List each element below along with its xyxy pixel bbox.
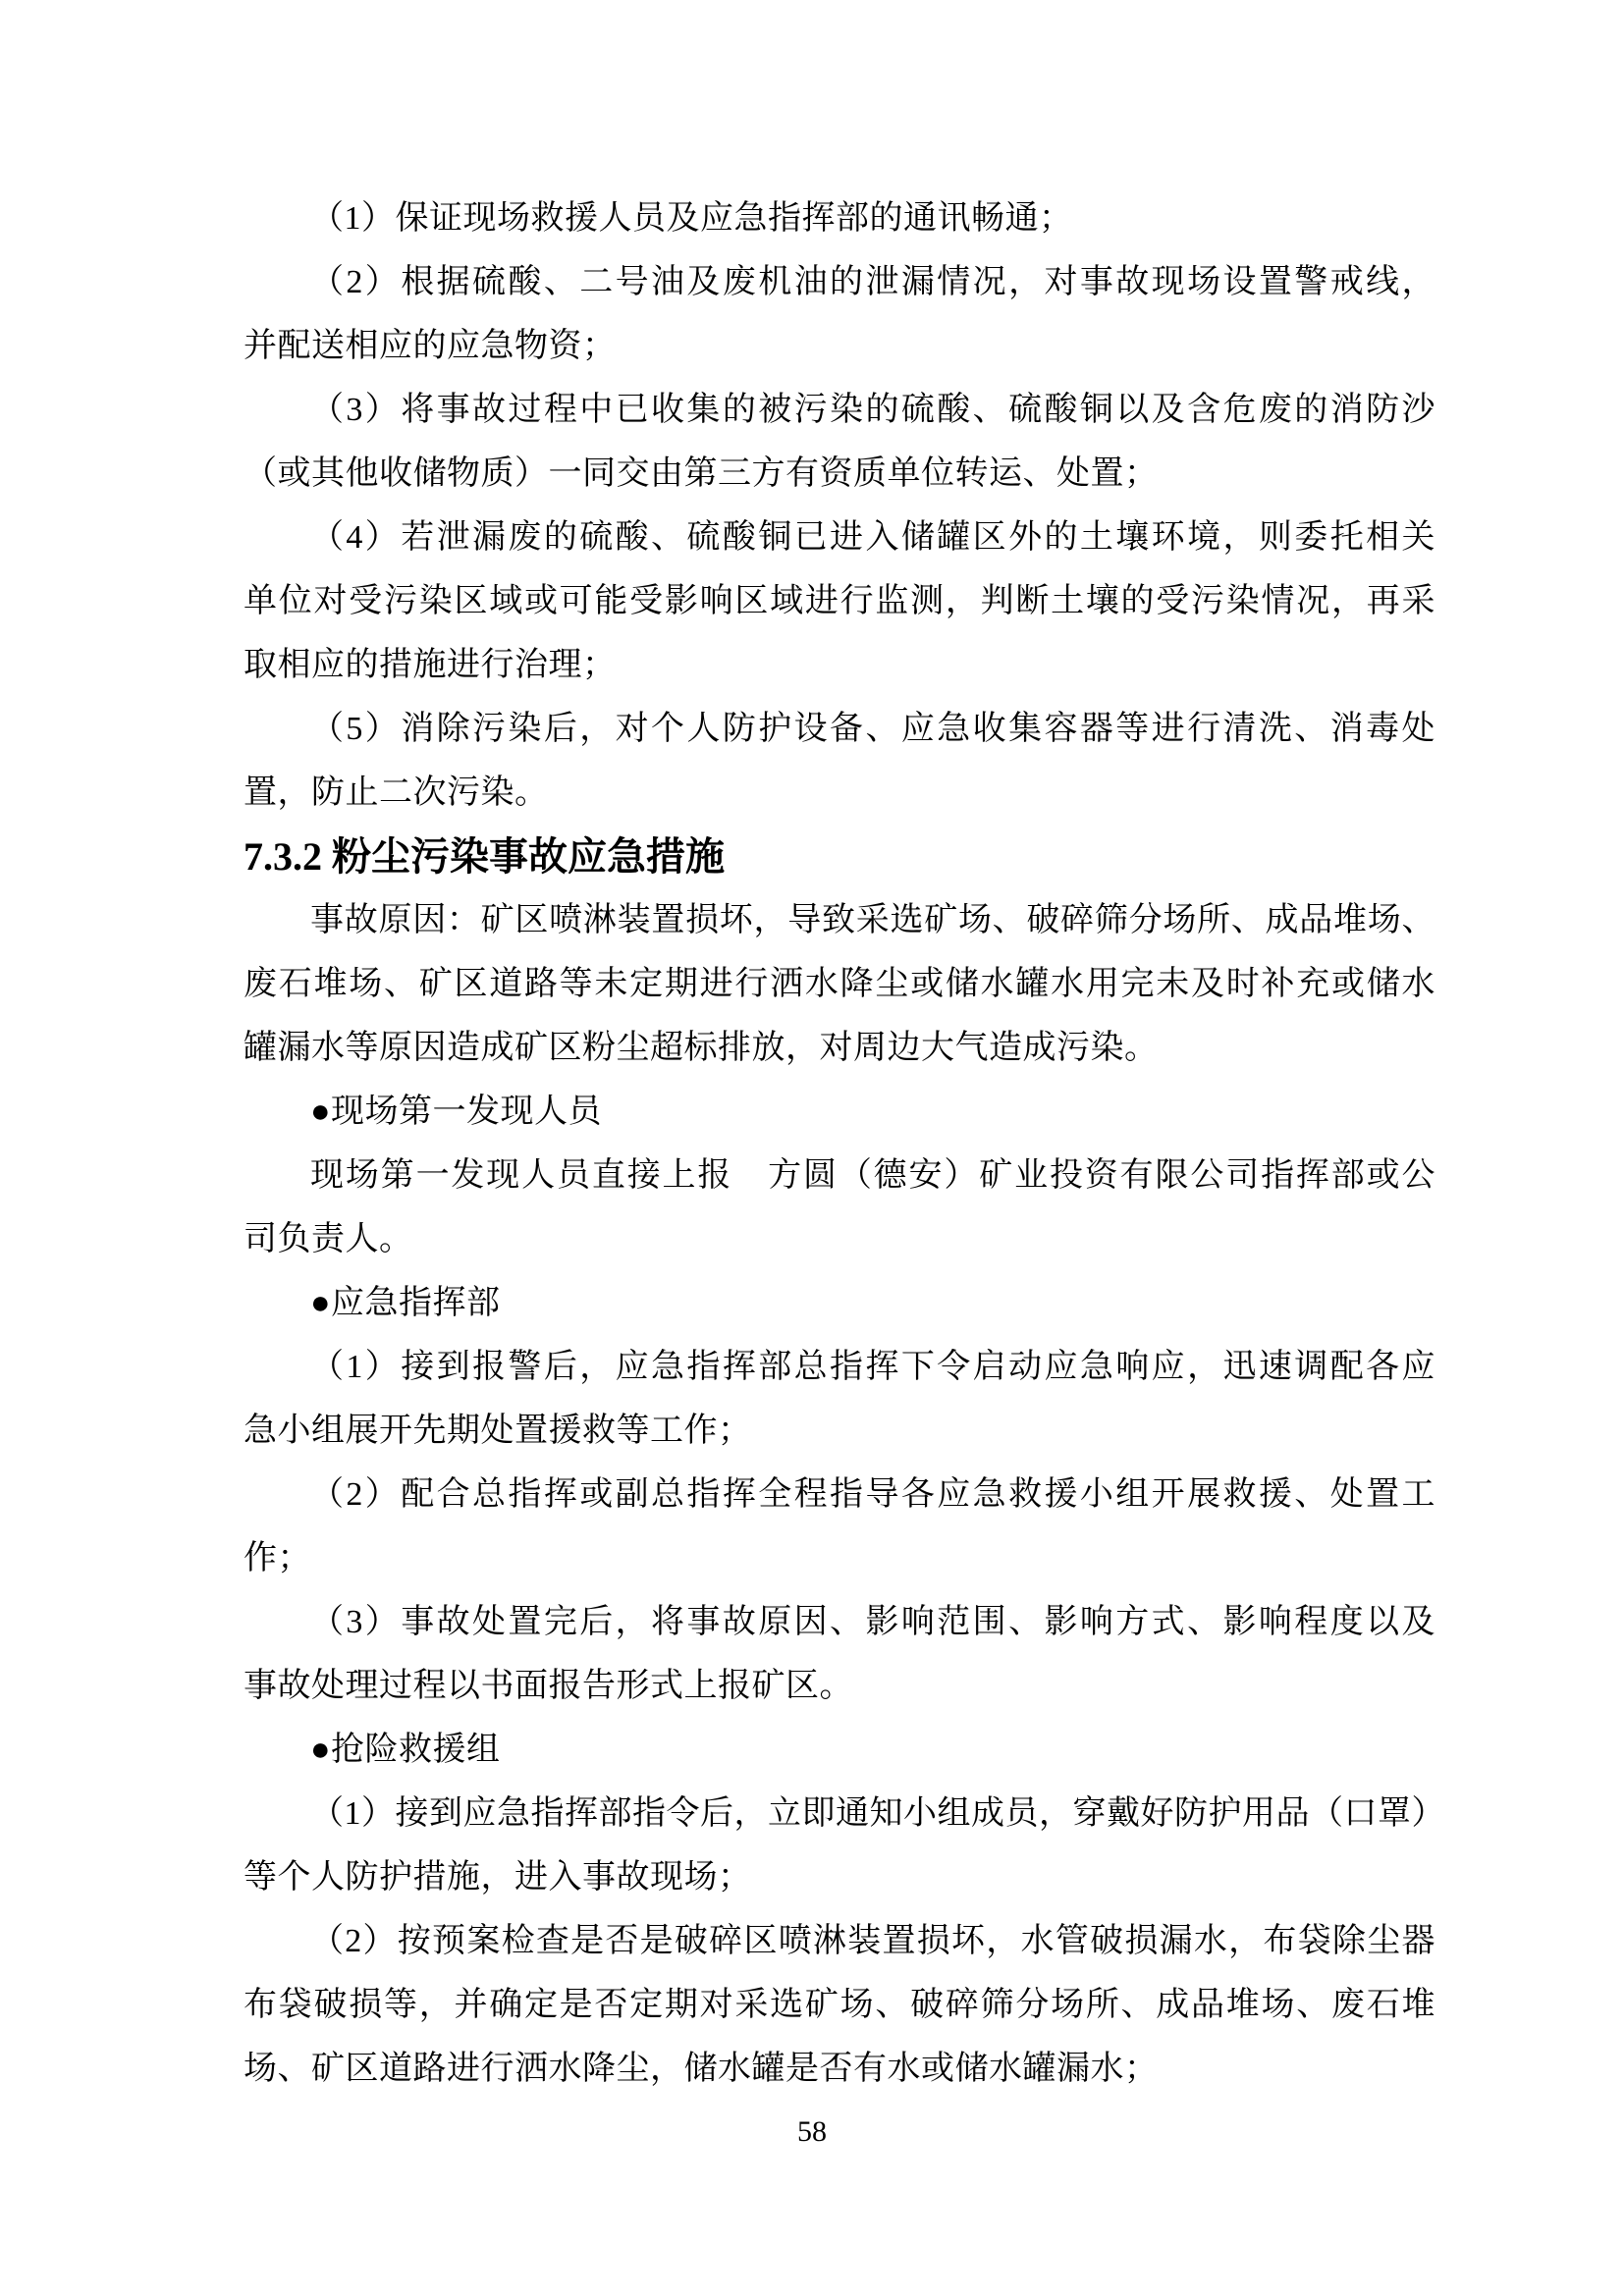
text-line: 司负责人。 <box>244 1207 1435 1271</box>
text-line: 作； <box>244 1526 1435 1590</box>
page-number: 58 <box>0 2112 1624 2152</box>
text-block: （1）保证现场救援人员及应急指挥部的通讯畅通； （2）根据硫酸、二号油及废机油的… <box>244 187 1435 2101</box>
text-line: （2）根据硫酸、二号油及废机油的泄漏情况，对事故现场设置警戒线， <box>244 250 1435 314</box>
text-line: （4）若泄漏废的硫酸、硫酸铜已进入储罐区外的土壤环境，则委托相关 <box>244 506 1435 569</box>
section-heading-7-3-2: 7.3.2 粉尘污染事故应急措施 <box>244 825 1435 888</box>
text-line: 急小组展开先期处置援救等工作； <box>244 1399 1435 1463</box>
text-line: 布袋破损等，并确定是否定期对采选矿场、破碎筛分场所、成品堆场、废石堆 <box>244 1973 1435 2037</box>
text-line: （2）按预案检查是否是破碎区喷淋装置损坏，水管破损漏水，布袋除尘器 <box>244 1909 1435 1973</box>
bullet-line: ●抢险救援组 <box>244 1718 1435 1782</box>
text-line: 废石堆场、矿区道路等未定期进行洒水降尘或储水罐水用完未及时补充或储水 <box>244 952 1435 1016</box>
text-line: 现场第一发现人员直接上报 方圆（德安）矿业投资有限公司指挥部或公 <box>244 1144 1435 1207</box>
text-line: 罐漏水等原因造成矿区粉尘超标排放，对周边大气造成污染。 <box>244 1016 1435 1080</box>
text-line: 并配送相应的应急物资； <box>244 314 1435 378</box>
text-line: 场、矿区道路进行洒水降尘，储水罐是否有水或储水罐漏水； <box>244 2037 1435 2101</box>
text-line: （1）保证现场救援人员及应急指挥部的通讯畅通； <box>244 187 1435 250</box>
bullet-line: ●现场第一发现人员 <box>244 1080 1435 1144</box>
text-line: 事故原因：矿区喷淋装置损坏，导致采选矿场、破碎筛分场所、成品堆场、 <box>244 888 1435 952</box>
text-line: （3）事故处置完后，将事故原因、影响范围、影响方式、影响程度以及 <box>244 1590 1435 1654</box>
text-line: （5）消除污染后，对个人防护设备、应急收集容器等进行清洗、消毒处 <box>244 697 1435 761</box>
bullet-line: ●应急指挥部 <box>244 1271 1435 1335</box>
text-line: （1）接到报警后，应急指挥部总指挥下令启动应急响应，迅速调配各应 <box>244 1335 1435 1399</box>
text-line: 事故处理过程以书面报告形式上报矿区。 <box>244 1654 1435 1718</box>
document-page: （1）保证现场救援人员及应急指挥部的通讯畅通； （2）根据硫酸、二号油及废机油的… <box>0 0 1624 2296</box>
text-line: 等个人防护措施，进入事故现场； <box>244 1845 1435 1909</box>
text-line: （3）将事故过程中已收集的被污染的硫酸、硫酸铜以及含危废的消防沙 <box>244 378 1435 442</box>
text-line: （2）配合总指挥或副总指挥全程指导各应急救援小组开展救援、处置工 <box>244 1463 1435 1526</box>
text-line: 单位对受污染区域或可能受影响区域进行监测，判断土壤的受污染情况，再采 <box>244 569 1435 633</box>
text-line: 置，防止二次污染。 <box>244 761 1435 825</box>
text-line: （1）接到应急指挥部指令后，立即通知小组成员，穿戴好防护用品（口罩） <box>244 1782 1435 1845</box>
text-line: 取相应的措施进行治理； <box>244 633 1435 697</box>
text-line: （或其他收储物质）一同交由第三方有资质单位转运、处置； <box>244 442 1435 506</box>
